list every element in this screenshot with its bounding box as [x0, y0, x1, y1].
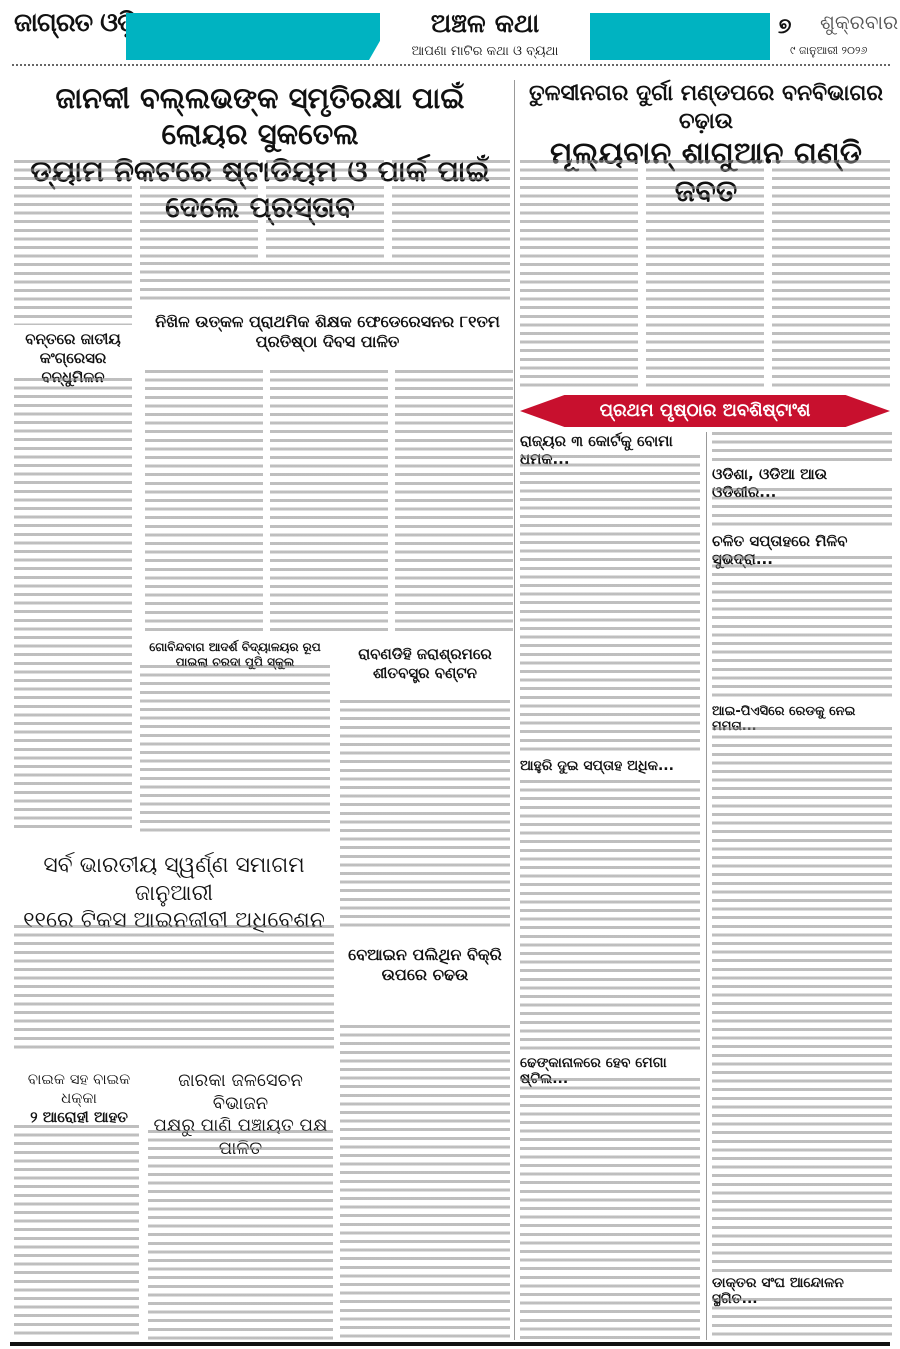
headline-line: ସର୍ବ ଭାରତୀୟ ସ୍ୱର୍ଣ୍ଣ ସମାଗମ ଜାନୁଆରୀ — [14, 852, 334, 907]
bike-body — [14, 1125, 139, 1340]
section-title: ଅଞ୍ଚଳ କଥା — [380, 8, 590, 40]
jaraka-body — [148, 1130, 333, 1340]
masthead-divider — [12, 64, 890, 66]
date-label: ୯ ଜାନୁଆରୀ ୨୦୨୬ — [790, 44, 867, 58]
column-rule — [706, 432, 707, 1340]
cont-body-col2a — [712, 488, 892, 528]
headline-line: ଜାରକା ଜଳସେଚନ ବିଭାଜନ — [148, 1070, 333, 1115]
bike-headline: ବାଇକ ସହ ବାଇକ ଧକ୍କା ୨ ଆରୋହୀ ଆହତ — [14, 1070, 144, 1126]
ravandihi-body — [340, 700, 510, 930]
headline-line: ବାଇକ ସହ ବାଇକ ଧକ୍କା — [14, 1070, 144, 1108]
page-number: ୭ — [778, 14, 791, 39]
teachers-body-col2 — [270, 370, 388, 635]
headline-line: ୨ ଆରୋହୀ ଆହତ — [14, 1108, 144, 1127]
column-rule — [514, 80, 515, 1340]
cont-body-col1 — [520, 455, 700, 755]
lead-right-body-col2 — [646, 160, 764, 390]
ravandihi-headline: ରାବଣଡିହି ଜରାଶ୍ରମରେ ଶୀତବସ୍ତ୍ର ବଣ୍ଟନ — [340, 645, 510, 683]
teachers-body-col3 — [395, 370, 513, 635]
lead-left-body-col2 — [140, 160, 258, 260]
cont-body-col2b — [712, 556, 892, 701]
cont-body-col1c — [520, 1078, 700, 1340]
lead-right-body-col1 — [520, 160, 638, 390]
congress-body — [14, 378, 132, 828]
lead-left-body-row2 — [140, 262, 510, 300]
cont-body-col2-top — [712, 432, 892, 462]
lead-left-body-col4 — [392, 160, 510, 260]
page-bottom-rule — [10, 1342, 890, 1346]
lead-right-body-col3 — [772, 160, 890, 390]
school-body — [140, 665, 330, 835]
headline-line: ଜାନକୀ ବଲ୍ଲଭଙ୍କ ସ୍ମୃତିରକ୍ଷା ପାଇଁ ଲୋୟର ସୁକ… — [10, 80, 510, 153]
day-label: ଶୁକ୍ରବାର — [820, 10, 898, 34]
lawyers-body — [14, 925, 334, 1050]
teachers-body-col1 — [145, 370, 263, 635]
headline-line: ତୁଳସୀନଗର ଦୁର୍ଗା ମଣ୍ଡପରେ ବନବିଭାଗର ଚଢ଼ାଉ — [516, 80, 896, 135]
lawyers-headline: ସର୍ବ ଭାରତୀୟ ସ୍ୱର୍ଣ୍ଣ ସମାଗମ ଜାନୁଆରୀ ୧୧ରେ … — [14, 852, 334, 935]
lead-left-body-col3 — [266, 160, 384, 260]
polythene-headline: ବେଆଇନ ପଲିଥିନ ବିକ୍ରି ଉପରେ ଚଢଉ — [340, 945, 510, 985]
section-tagline: ଆପଣା ମାଟିର କଥା ଓ ବ୍ୟଥା — [380, 44, 590, 59]
cont-body-col2c — [712, 727, 892, 1272]
cont-body-col2d — [712, 1298, 892, 1340]
polythene-body — [340, 1025, 510, 1340]
teal-band-left — [126, 13, 396, 60]
cont-body-col1b — [520, 780, 700, 1050]
teachers-headline: ନିଖିଳ ଉତ୍କଳ ପ୍ରାଥମିକ ଶିକ୍ଷକ ଫେଡେରେସନର ୮୧… — [145, 312, 510, 352]
section-title-box: ଅଞ୍ଚଳ କଥା ଆପଣା ମାଟିର କଥା ଓ ବ୍ୟଥା — [380, 8, 590, 62]
continuation-banner: ପ୍ରଥମ ପୃଷ୍ଠାର ଅବଶିଷ୍ଟାଂଶ — [520, 395, 890, 427]
lead-left-body-col1 — [14, 160, 132, 325]
cont-subhead-5: ଆହୁରି ଦୁଇ ସପ୍ତାହ ଅଧିକ... — [520, 758, 700, 774]
